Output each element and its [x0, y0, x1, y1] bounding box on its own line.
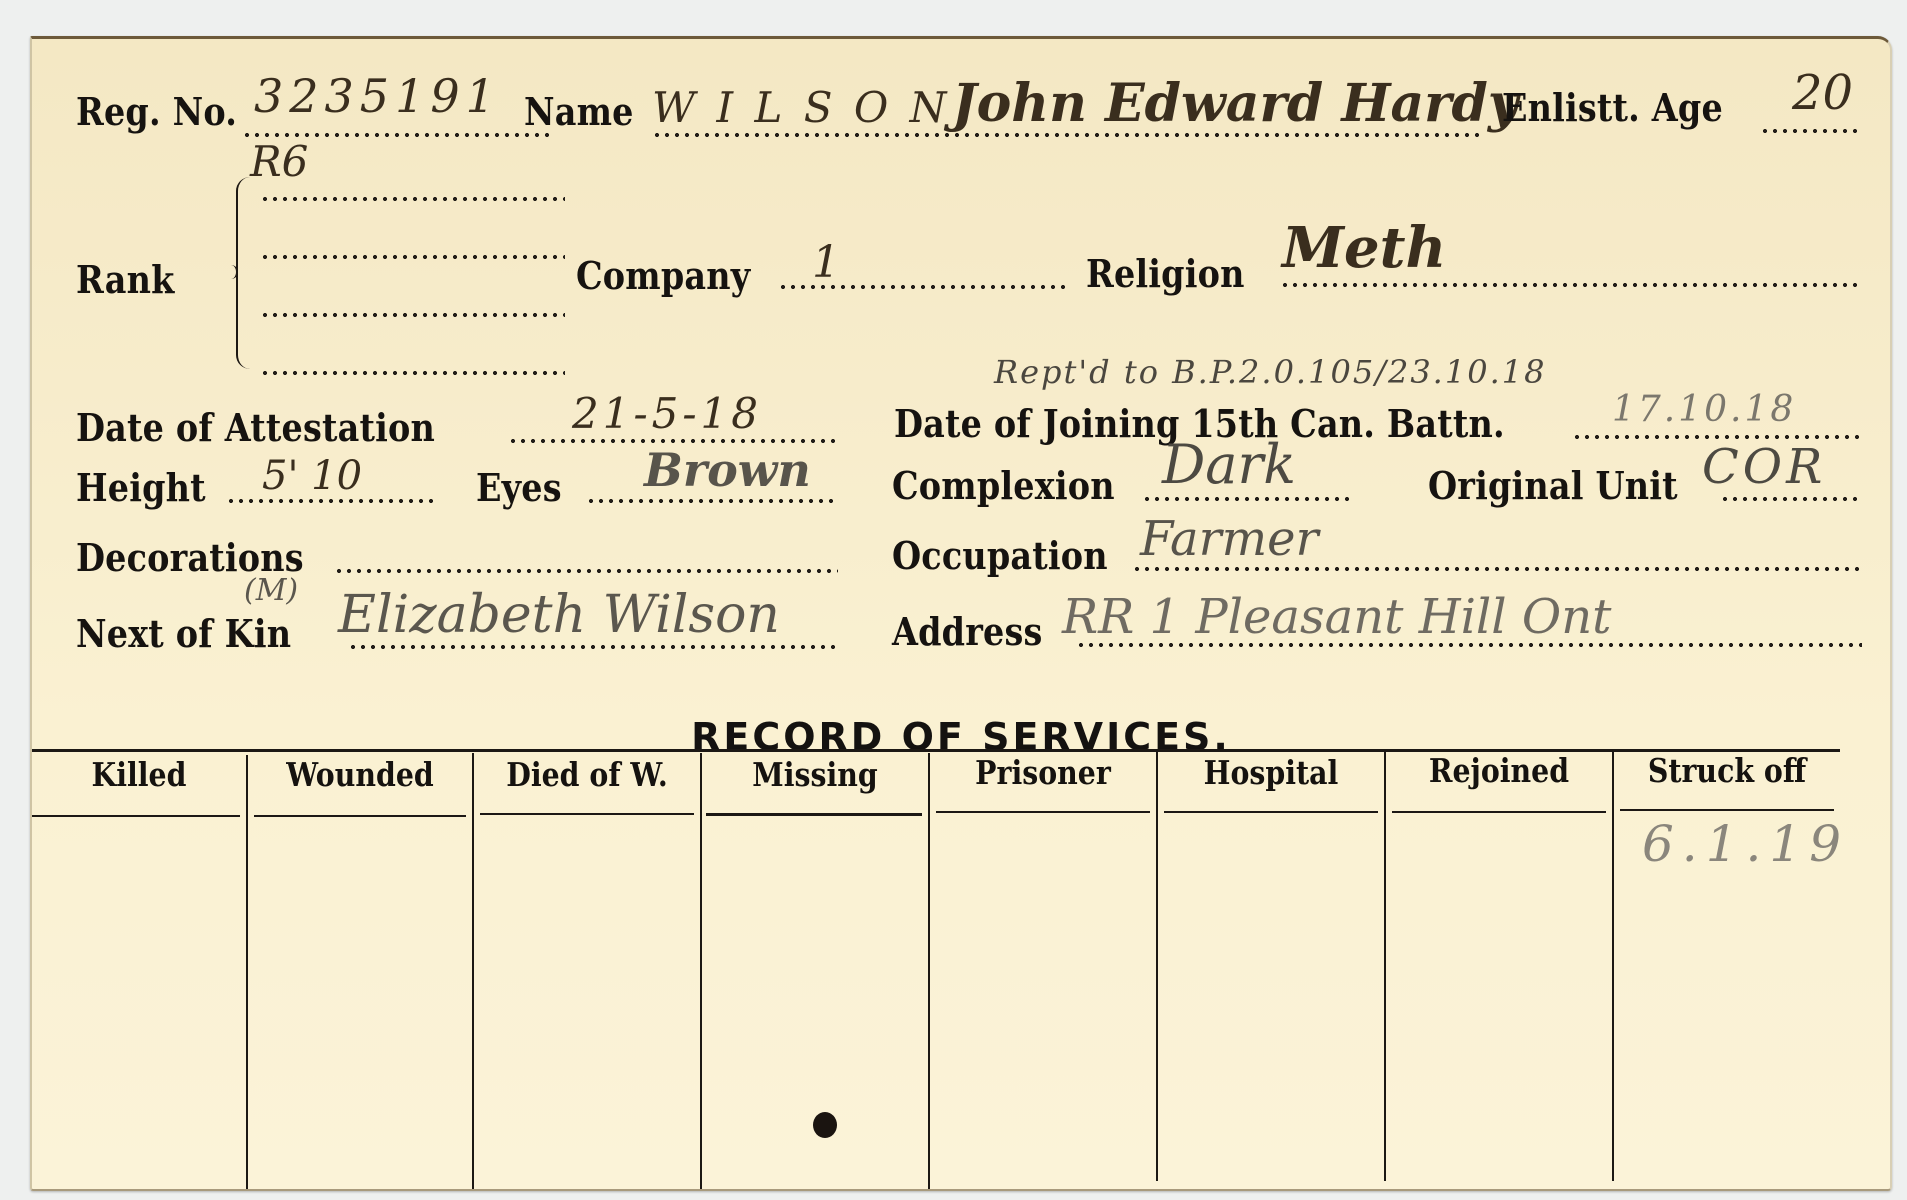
rank-line-3: [260, 313, 565, 317]
occupation-value: Farmer: [1140, 511, 1318, 567]
column-header-struck-off: Struck off: [1630, 751, 1824, 790]
next-of-kin-dotted-line: [348, 645, 838, 649]
enlistment-age-label: Enlistt. Age: [1502, 85, 1723, 130]
column-divider-4: [928, 753, 930, 1189]
address-label: Address: [892, 609, 1042, 654]
occupation-dotted-line: [1132, 567, 1862, 571]
original-unit-dotted-line: [1720, 497, 1860, 501]
column-header-killed: Killed: [47, 755, 231, 794]
column-header-missing: Missing: [718, 755, 912, 794]
column-header-rejoined: Rejoined: [1402, 751, 1596, 790]
surname-value: W I L S O N: [652, 83, 950, 132]
header-underline-2: [254, 815, 466, 817]
column-divider-2: [472, 753, 474, 1189]
occupation-label: Occupation: [892, 533, 1108, 578]
column-header-died-of-wounds: Died of W.: [490, 755, 684, 794]
company-label: Company: [576, 253, 750, 298]
complexion-value: Dark: [1162, 433, 1296, 496]
rank-line-2: [260, 255, 565, 259]
attestation-label: Date of Attestation: [76, 405, 435, 450]
age-dotted-line: [1760, 129, 1860, 133]
header-underline-7: [1392, 811, 1606, 813]
column-header-wounded: Wounded: [264, 755, 457, 794]
header-underline-5: [936, 811, 1150, 813]
attestation-value: 21-5-18: [572, 389, 762, 438]
enlistment-age-value: 20: [1792, 65, 1853, 121]
reg-no-label: Reg. No.: [76, 89, 237, 134]
rank-line-1: [260, 197, 565, 201]
transfer-note: Rept'd to B.P.2.0.105/23.10.18: [994, 353, 1546, 391]
service-record-card: Reg. No. 3235191 R6 Name W I L S O N Joh…: [30, 36, 1892, 1191]
given-names-value: John Edward Hardy: [952, 73, 1518, 134]
header-underline-8: [1620, 809, 1834, 811]
company-value: 1: [812, 237, 840, 288]
reg-no-annotation: R6: [250, 137, 308, 186]
column-divider-1: [246, 755, 248, 1189]
complexion-label: Complexion: [892, 463, 1115, 508]
decorations-dotted-line: [334, 569, 838, 573]
address-value: RR 1 Pleasant Hill Ont: [1062, 589, 1611, 645]
column-header-prisoner: Prisoner: [946, 753, 1140, 792]
height-label: Height: [76, 465, 206, 510]
name-label: Name: [524, 89, 634, 134]
original-unit-value: COR: [1702, 439, 1826, 495]
struck-off-value: 6.1.19: [1642, 815, 1849, 873]
complexion-dotted-line: [1142, 497, 1352, 501]
header-underline-6: [1164, 811, 1378, 813]
column-divider-7: [1612, 749, 1614, 1181]
rank-brace: [236, 177, 252, 369]
column-divider-3: [700, 753, 702, 1189]
column-divider-6: [1384, 751, 1386, 1181]
header-underline-1: [32, 815, 240, 817]
header-underline-3: [480, 813, 694, 815]
ink-blot: [813, 1112, 837, 1138]
next-of-kin-value: Elizabeth Wilson: [338, 585, 780, 645]
original-unit-label: Original Unit: [1428, 463, 1678, 508]
eyes-label: Eyes: [476, 465, 562, 510]
rank-label: Rank: [76, 257, 174, 302]
header-underline-4: [706, 813, 922, 816]
eyes-value: Brown: [644, 443, 811, 497]
column-divider-5: [1156, 751, 1158, 1181]
next-of-kin-label: Next of Kin: [76, 611, 291, 656]
joining-value: 17.10.18: [1612, 389, 1796, 430]
religion-label: Religion: [1086, 251, 1245, 296]
reg-no-value: 3235191: [254, 69, 501, 123]
column-header-hospital: Hospital: [1174, 753, 1368, 792]
religion-value: Meth: [1282, 215, 1446, 281]
next-of-kin-prefix: (M): [244, 573, 298, 608]
height-value: 5' 10: [262, 453, 362, 499]
rank-line-4: [260, 371, 565, 375]
eyes-dotted-line: [586, 499, 838, 503]
religion-dotted-line: [1280, 283, 1860, 287]
height-dotted-line: [226, 499, 436, 503]
